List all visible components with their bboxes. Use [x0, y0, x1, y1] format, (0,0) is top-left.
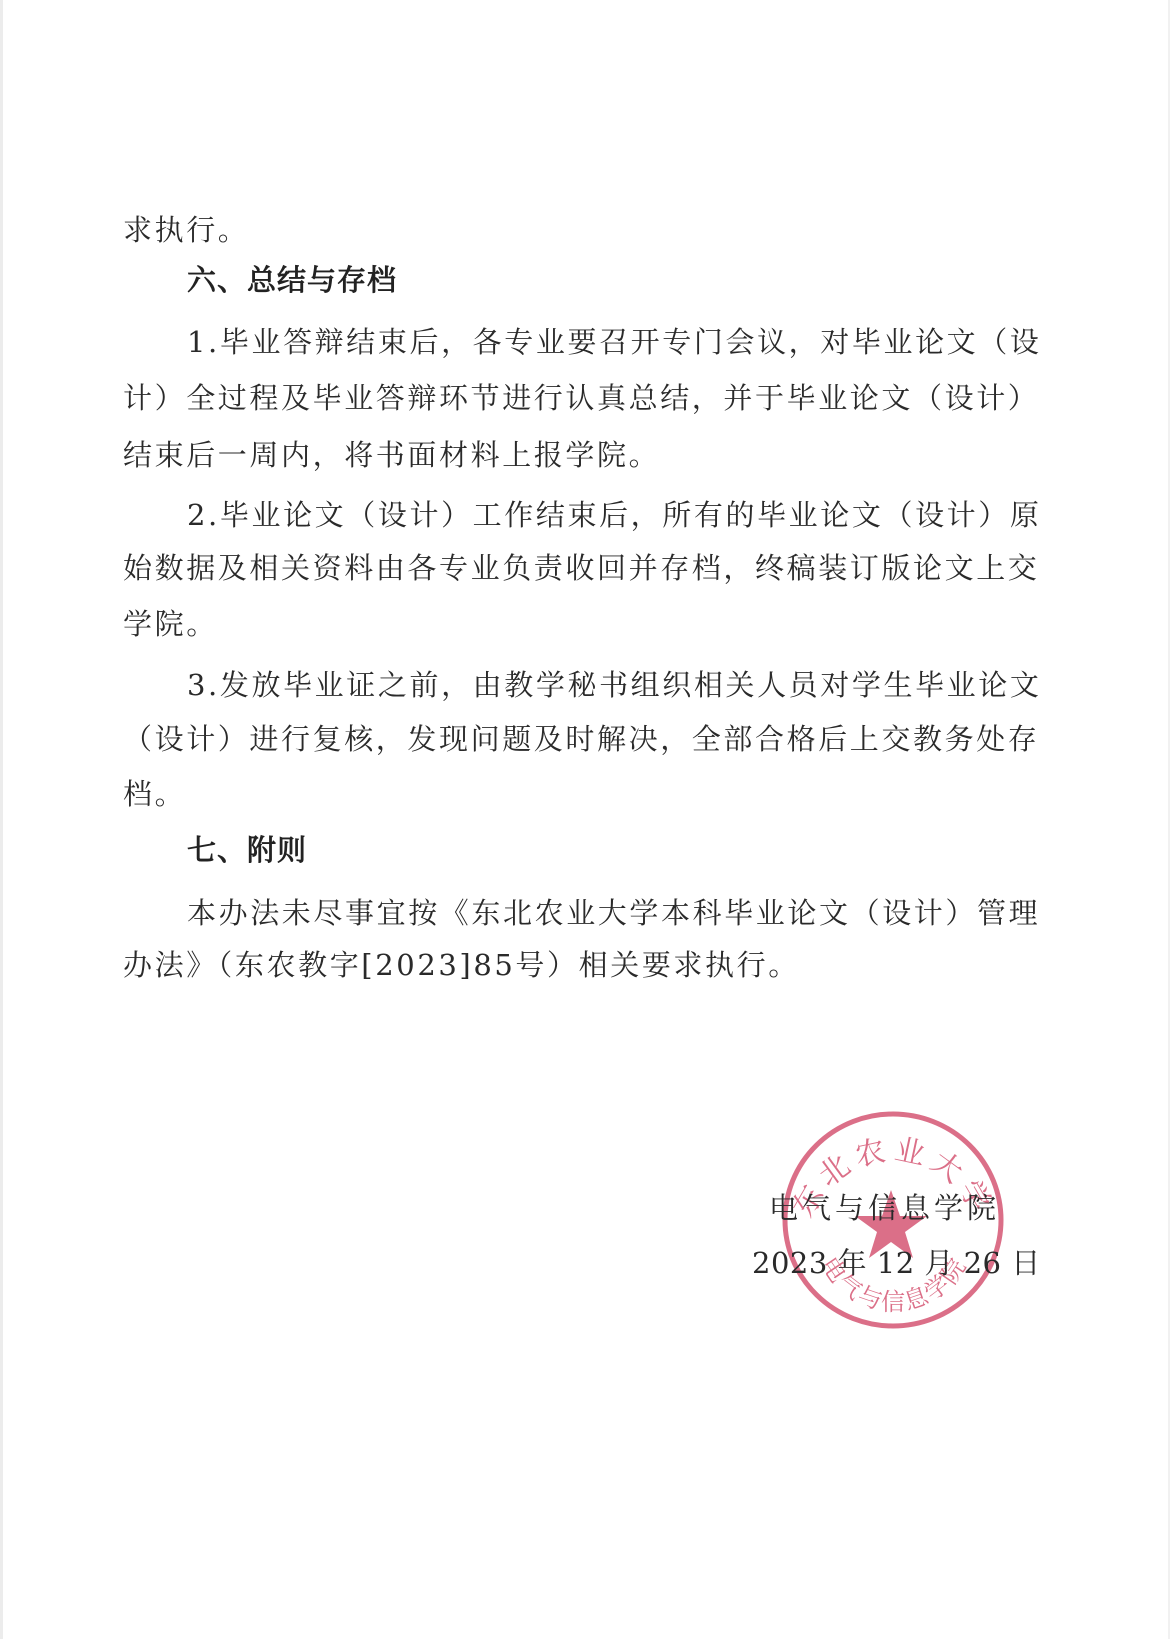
text-line: 结束后一周内，将书面材料上报学院。 [123, 435, 1048, 475]
section-heading-summary-archive: 六、总结与存档 [187, 260, 1047, 300]
page-edge-left [0, 0, 3, 1639]
text-line: 始数据及相关资料由各专业负责收回并存档，终稿装订版论文上交 [123, 548, 1048, 588]
signature-organization: 电气与信息学院 [769, 1188, 1000, 1228]
text-line: 学院。 [123, 604, 1048, 644]
text-line: 本办法未尽事宜按《东北农业大学本科毕业论文（设计）管理 [187, 893, 1047, 933]
text-line: 计）全过程及毕业答辩环节进行认真总结，并于毕业论文（设计） [123, 378, 1048, 418]
signature-date: 2023 年 12 月 26 日 [752, 1243, 1041, 1283]
text-line: 办法》（东农教字[2023]85号）相关要求执行。 [123, 945, 1048, 985]
text-line: （设计）进行复核，发现问题及时解决，全部合格后上交教务处存 [123, 719, 1048, 759]
text-line: 1.毕业答辩结束后，各专业要召开专门会议，对毕业论文（设 [187, 322, 1047, 362]
section-heading-supplementary: 七、附则 [187, 830, 1047, 870]
text-line: 求执行。 [123, 210, 1048, 250]
text-line: 档。 [123, 774, 1048, 814]
text-line: 3.发放毕业证之前，由教学秘书组织相关人员对学生毕业论文 [187, 665, 1047, 705]
text-line: 2.毕业论文（设计）工作结束后，所有的毕业论文（设计）原 [187, 495, 1047, 535]
